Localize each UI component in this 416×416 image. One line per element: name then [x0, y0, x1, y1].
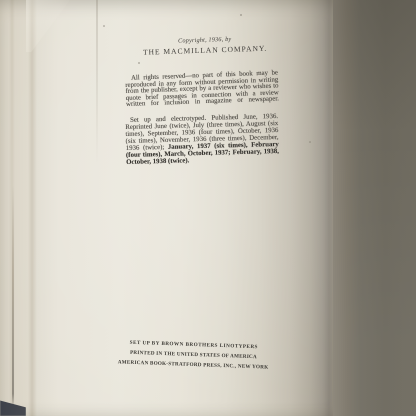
paper-speck: [309, 141, 311, 143]
publisher-name: THE MACMILLAN COMPANY.: [135, 43, 275, 57]
book-photo: Copyright, 1936, by THE MACMILLAN COMPAN…: [0, 0, 416, 416]
paper-speck: [138, 62, 140, 64]
page-corner-highlight: [26, 0, 70, 52]
page-gutter-crease: [96, 0, 98, 165]
background-surface-shading: [321, 0, 416, 416]
colophon: SET UP BY BROWN BROTHERS LINOTYPERS PRIN…: [107, 337, 280, 373]
rights-reserved-paragraph: All rights reserved—no part of this book…: [125, 70, 279, 108]
paper-speck: [103, 25, 105, 27]
copyright-block: Copyright, 1936, by THE MACMILLAN COMPAN…: [135, 34, 276, 57]
page-fore-edge-line: [12, 185, 14, 407]
printing-history-paragraph: Set up and electrotyped. Published June,…: [125, 113, 279, 166]
book-page: Copyright, 1936, by THE MACMILLAN COMPAN…: [0, 0, 333, 416]
paper-speck: [240, 14, 242, 16]
